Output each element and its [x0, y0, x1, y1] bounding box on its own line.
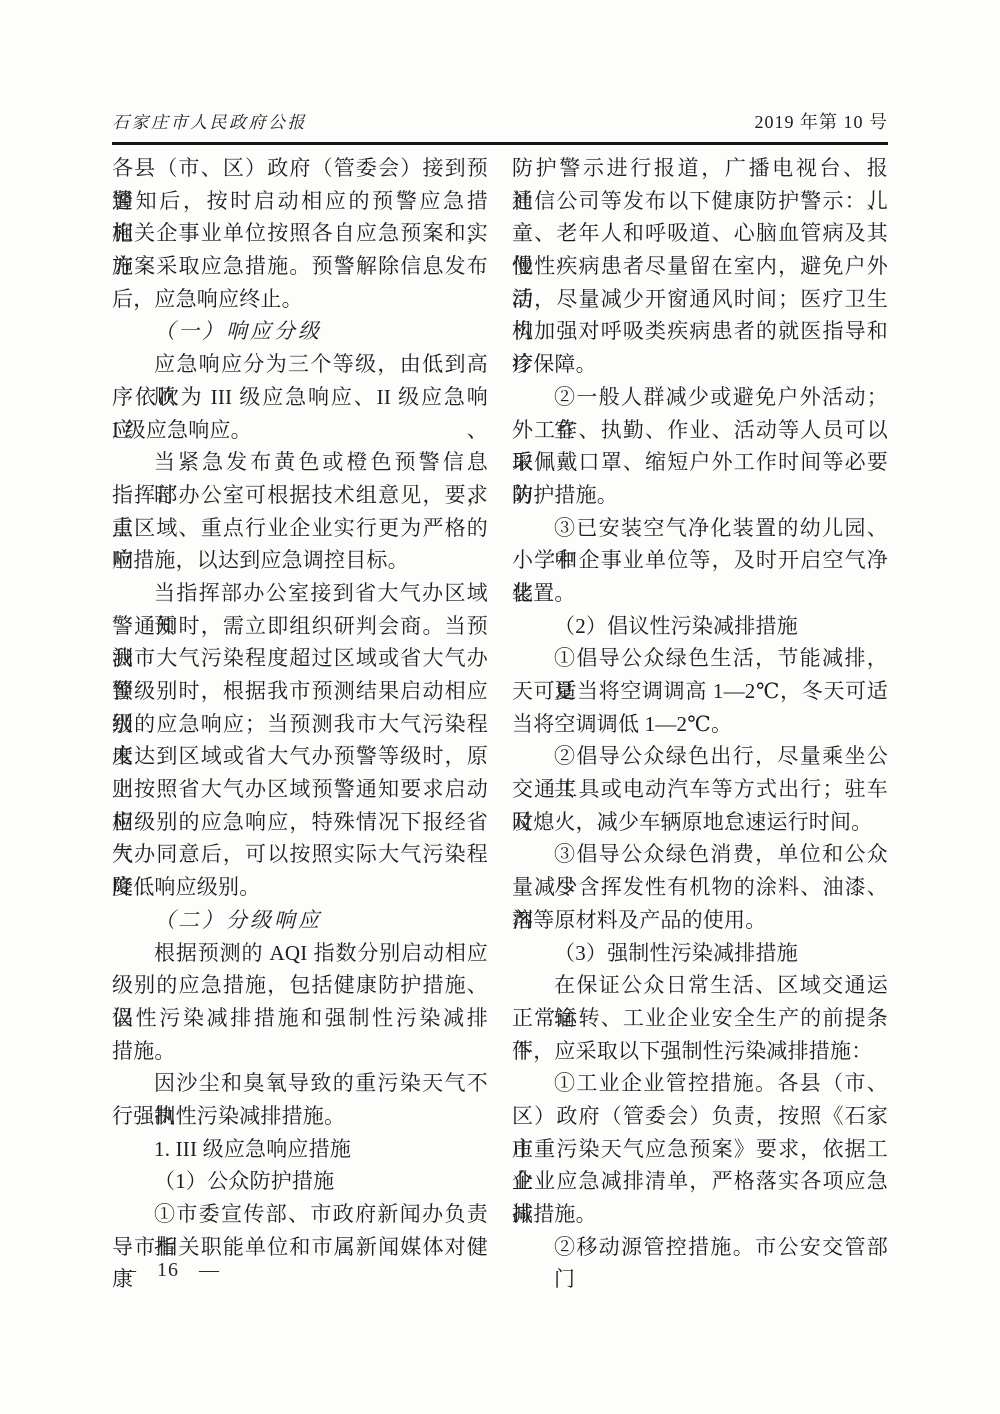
body-columns: 各县（市、区）政府（管委会）接到预警通知后，按时启动相应的预警应急措施，相关企事…: [112, 152, 888, 1263]
text-line: 慢性疾病患者尽量留在室内，避免户外活: [512, 250, 888, 283]
text-line: 通知后，按时启动相应的预警应急措施，: [112, 185, 488, 218]
text-line: （3）强制性污染减排措施: [512, 937, 888, 970]
text-line: 疗保障。: [512, 348, 888, 381]
text-line: 降低响应级别。: [112, 871, 488, 904]
text-line: ③倡导公众绿色消费，单位和公众尽: [512, 838, 888, 871]
text-line: ①倡导公众绿色生活，节能减排，夏: [512, 642, 888, 675]
text-line: 行强制性污染减排措施。: [112, 1100, 488, 1133]
text-line: 时熄火，减少车辆原地怠速运行时间。: [512, 806, 888, 839]
text-line: 因沙尘和臭氧导致的重污染天气不执: [112, 1067, 488, 1100]
text-line: 区）政府（管委会）负责，按照《石家庄: [512, 1100, 888, 1133]
text-column-right: 防护警示进行报道，广播电视台、报社、通信公司等发布以下健康防护警示：儿童、老年人…: [512, 152, 888, 1263]
issue-number: 2019 年第 10 号: [755, 108, 889, 134]
page-number: — 16 —: [116, 1259, 220, 1282]
text-line: ①市委宣传部、市政府新闻办负责指: [112, 1198, 488, 1231]
gazette-title: 石家庄市人民政府公报: [112, 108, 307, 133]
text-line: 别的应急响应；当预测我市大气污染程度: [112, 708, 488, 741]
text-line: 指挥部办公室可根据技术组意见，要求重: [112, 479, 488, 512]
text-line: 当指挥部办公室接到省大气办区域预: [112, 577, 488, 610]
text-line: 警通知时，需立即组织研判会商。当预测: [112, 610, 488, 643]
text-line: 交通工具或电动汽车等方式出行；驻车及: [512, 773, 888, 806]
text-line: 构加强对呼吸类疾病患者的就医指导和诊: [512, 315, 888, 348]
text-line: 上按照省大气办区域预警通知要求启动相: [112, 773, 488, 806]
text-line: （一）响应分级: [112, 315, 488, 348]
text-line: 序依次为 III 级应急响应、II 级应急响应、: [112, 381, 488, 414]
text-line: 下，应采取以下强制性污染减排措施：: [512, 1035, 888, 1068]
text-line: （1）公众防护措施: [112, 1165, 488, 1198]
text-line: 外工作、执勤、作业、活动等人员可以采: [512, 414, 888, 447]
text-line: 量减少含挥发性有机物的涂料、油漆、溶: [512, 871, 888, 904]
text-line: 排措施。: [512, 1198, 888, 1231]
text-line: 天可适当将空调调高 1—2℃，冬天可适: [512, 675, 888, 708]
text-line: 我市大气污染程度超过区域或省大气办预: [112, 642, 488, 675]
text-line: 议性污染减排措施和强制性污染减排: [112, 1002, 488, 1035]
text-line: 取佩戴口罩、缩短户外工作时间等必要的: [512, 446, 888, 479]
page-header: 石家庄市人民政府公报 2019 年第 10 号: [112, 108, 888, 145]
text-line: 在保证公众日常生活、区域交通运输: [512, 969, 888, 1002]
text-line: 应措施，以达到应急调控目标。: [112, 544, 488, 577]
text-line: 通信公司等发布以下健康防护警示：儿: [512, 185, 888, 218]
header-row: 石家庄市人民政府公报 2019 年第 10 号: [112, 108, 888, 142]
text-line: 防护警示进行报道，广播电视台、报社、: [512, 152, 888, 185]
text-line: （2）倡议性污染减排措施: [512, 610, 888, 643]
text-line: 方案采取应急措施。预警解除信息发布: [112, 250, 488, 283]
text-line: ②倡导公众绿色出行，尽量乘坐公共: [512, 740, 888, 773]
text-line: 警级别时，根据我市预测结果启动相应级: [112, 675, 488, 708]
text-line: 市重污染天气应急预案》要求，依据工业: [512, 1133, 888, 1166]
text-line: ③已安装空气净化装置的幼儿园、中: [512, 512, 888, 545]
header-rule: [112, 142, 888, 145]
text-line: 后，应急响应终止。: [112, 283, 488, 316]
text-line: 当将空调调低 1—2℃。: [512, 708, 888, 741]
text-line: 未达到区域或省大气办预警等级时，原则: [112, 740, 488, 773]
text-line: 装置。: [512, 577, 888, 610]
text-line: ①工业企业管控措施。各县（市、: [512, 1067, 888, 1100]
text-line: 企业应急减排清单，严格落实各项应急减: [512, 1165, 888, 1198]
text-line: 相关企事业单位按照各自应急预案和实施: [112, 217, 488, 250]
text-line: 正常运转、工业企业安全生产的前提条件: [512, 1002, 888, 1035]
text-line: 应级别的应急响应，特殊情况下报经省大: [112, 806, 488, 839]
text-line: 措施。: [112, 1035, 488, 1068]
text-line: 防护措施。: [512, 479, 888, 512]
text-line: 点区域、重点行业企业实行更为严格的响: [112, 512, 488, 545]
text-line: 剂等原材料及产品的使用。: [512, 904, 888, 937]
text-line: 各县（市、区）政府（管委会）接到预警: [112, 152, 488, 185]
text-line: 动，尽量减少开窗通风时间；医疗卫生机: [512, 283, 888, 316]
gazette-page: 石家庄市人民政府公报 2019 年第 10 号 各县（市、区）政府（管委会）接到…: [0, 0, 1000, 1414]
text-line: 气办同意后，可以按照实际大气污染程度: [112, 838, 488, 871]
text-line: ②一般人群减少或避免户外活动；室: [512, 381, 888, 414]
text-line: 根据预测的 AQI 指数分别启动相应: [112, 937, 488, 970]
text-line: 级别的应急措施，包括健康防护措施、倡: [112, 969, 488, 1002]
text-line: 小学和企事业单位等，及时开启空气净化: [512, 544, 888, 577]
text-line: 应急响应分为三个等级，由低到高顺: [112, 348, 488, 381]
text-line: ②移动源管控措施。市公安交管部门: [512, 1231, 888, 1264]
text-line: （二）分级响应: [112, 904, 488, 937]
text-line: 当紧急发布黄色或橙色预警信息时，: [112, 446, 488, 479]
text-column-left: 各县（市、区）政府（管委会）接到预警通知后，按时启动相应的预警应急措施，相关企事…: [112, 152, 488, 1263]
text-line: 1. III 级应急响应措施: [112, 1133, 488, 1166]
text-line: 童、老年人和呼吸道、心脑血管病及其他: [512, 217, 888, 250]
